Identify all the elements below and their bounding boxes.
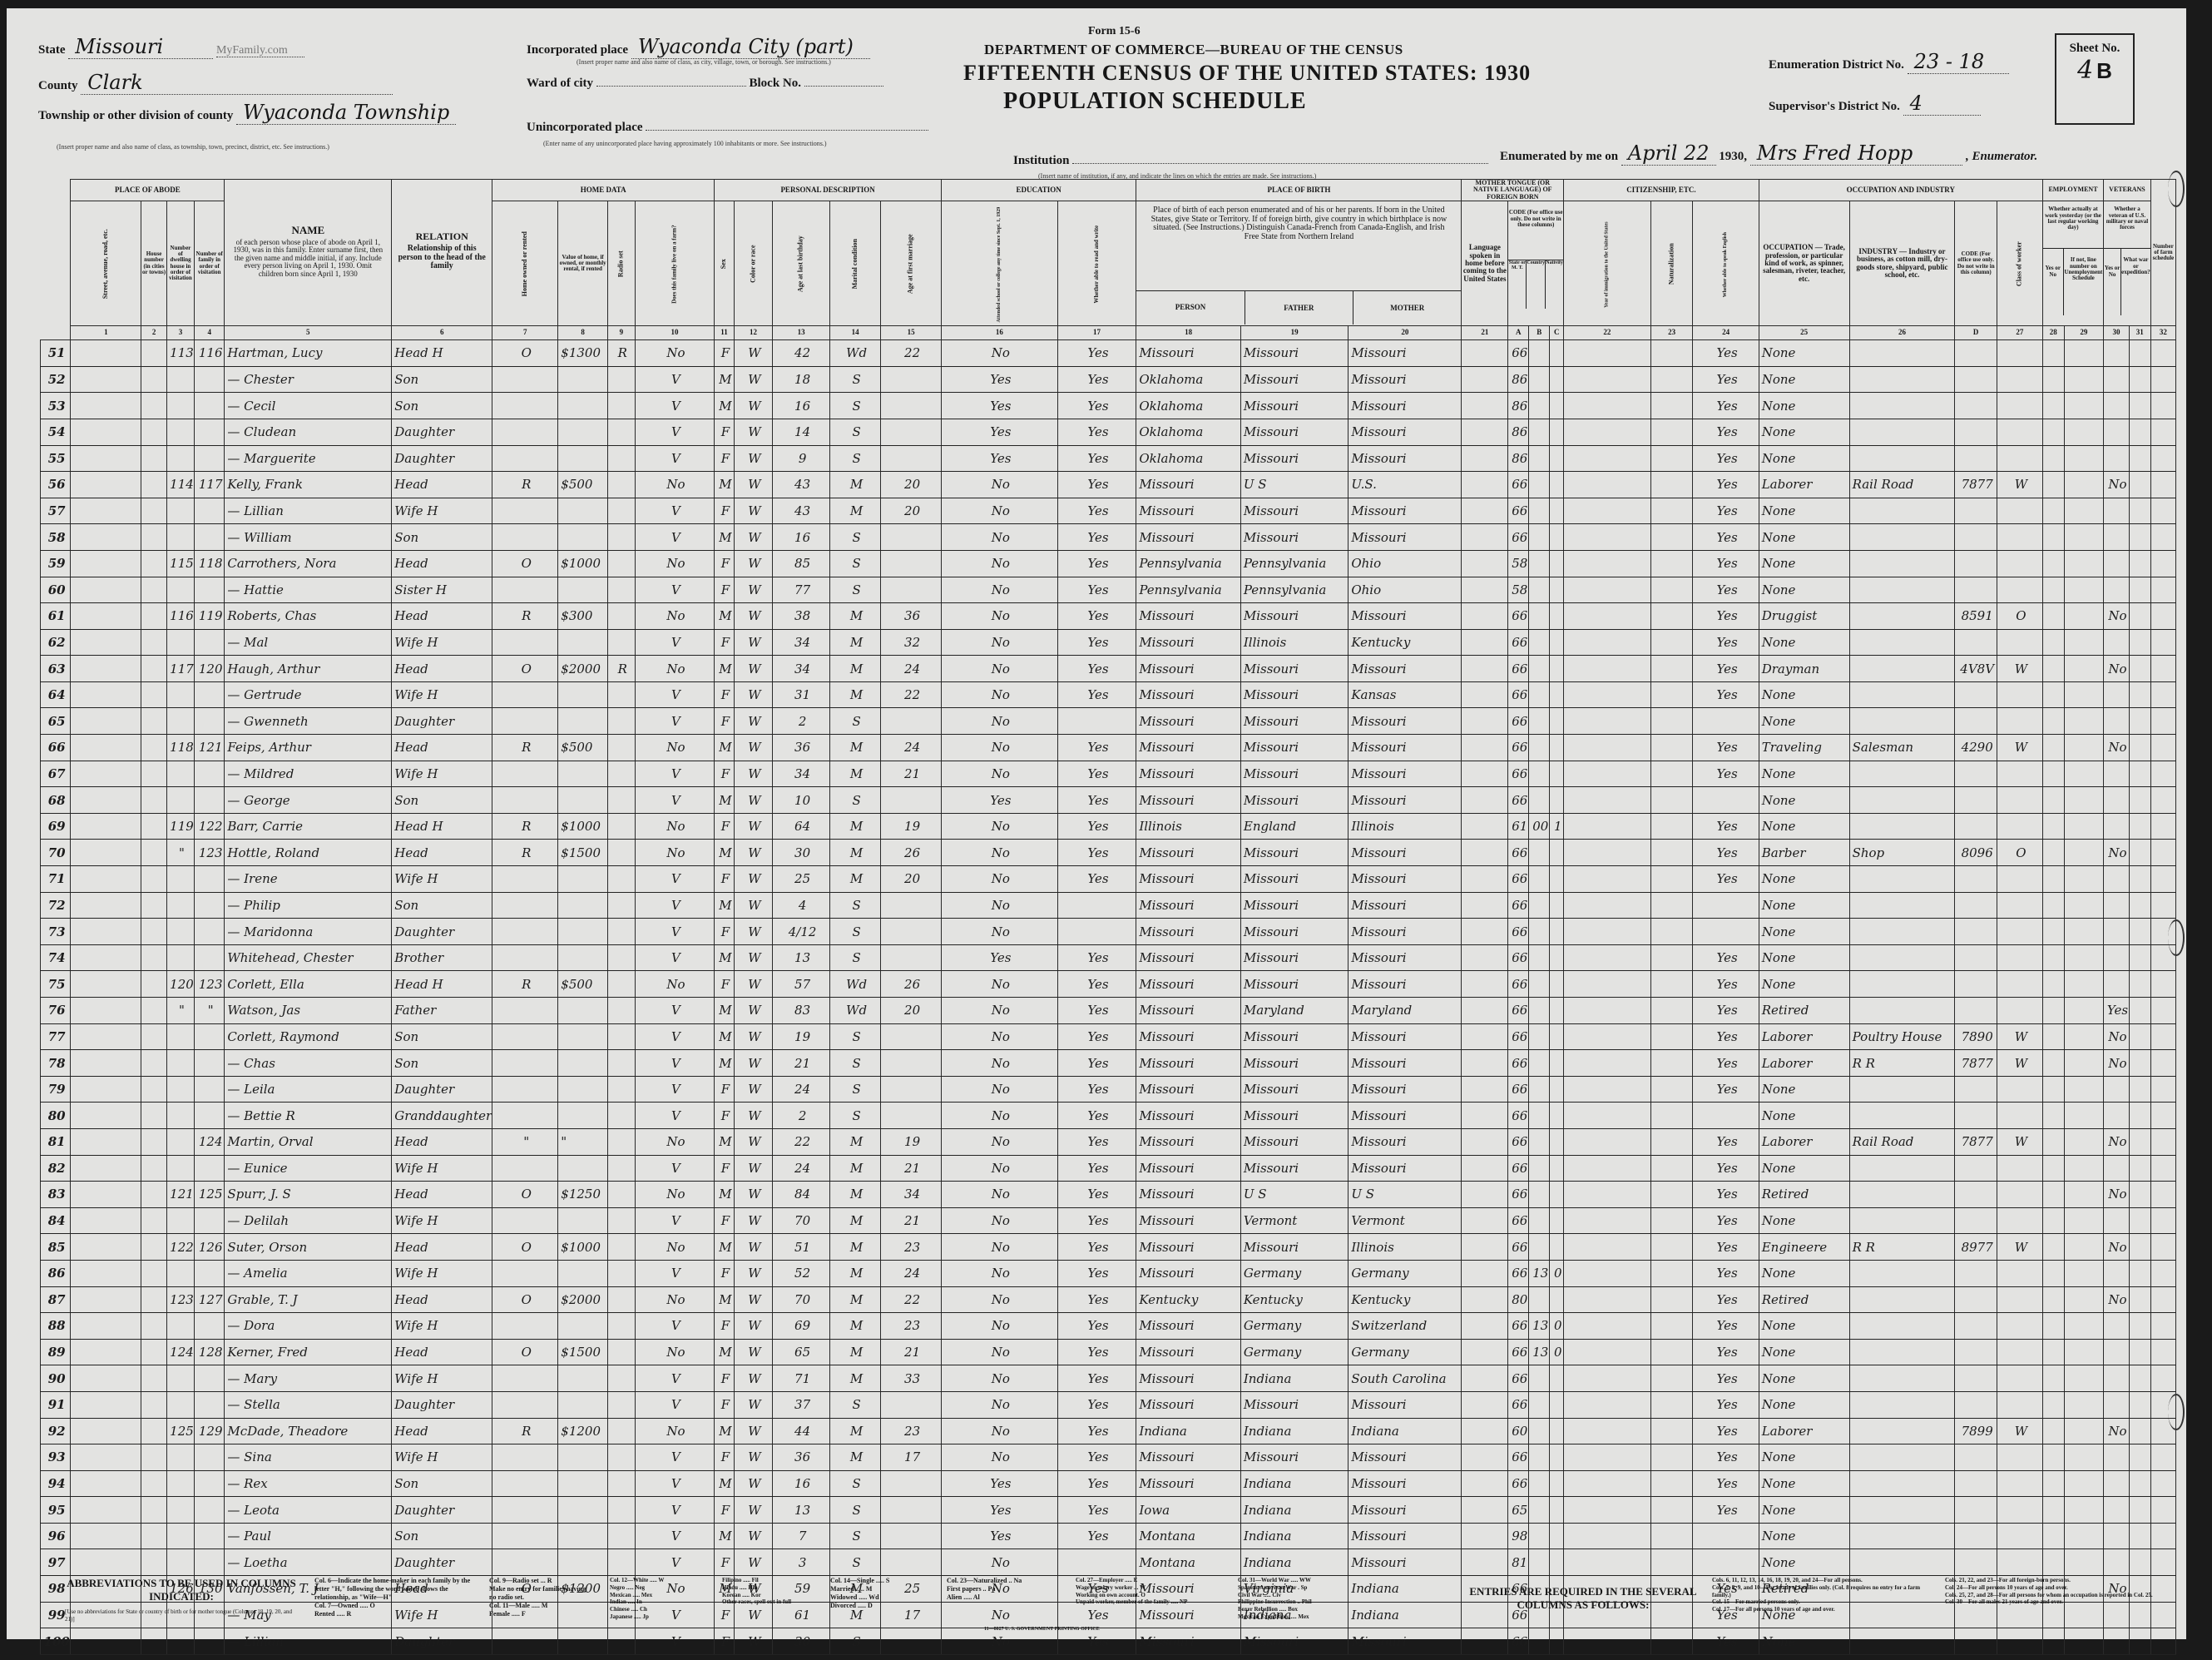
- cell-name: — Mildred: [225, 761, 392, 787]
- cell-imm: [1564, 498, 1651, 524]
- institution-field: Institution: [1013, 154, 1488, 168]
- header-occ-code: CODE (For office use only. Do not write …: [1955, 201, 1997, 326]
- cell-agem: [881, 1023, 942, 1050]
- line-number: 74: [41, 944, 71, 971]
- cell-name: — Cludean: [225, 419, 392, 445]
- header-value: Value of home, if owned, or monthly rent…: [558, 201, 608, 326]
- cell-mar: M: [829, 498, 880, 524]
- cell-dw: 120: [166, 971, 194, 998]
- cell-val: [558, 919, 608, 945]
- cell-name: — Rex: [225, 1470, 392, 1497]
- cell-mbp: Missouri: [1348, 603, 1462, 630]
- cell-fam: [195, 1103, 225, 1129]
- cell-fam: 117: [195, 472, 225, 498]
- cell-mar: S: [829, 787, 880, 814]
- cell-rel: Wife H: [392, 681, 492, 708]
- cell-fbp: Missouri: [1240, 656, 1348, 682]
- cell-agem: [881, 1050, 942, 1077]
- cell-fbp: Vermont: [1240, 1207, 1348, 1234]
- cell-sex: F: [715, 419, 735, 445]
- cell-dw: [166, 1549, 194, 1576]
- cell-sex: F: [715, 1155, 735, 1182]
- cell-ind: [1849, 787, 1955, 814]
- cell-b: [1529, 1023, 1550, 1050]
- cell-a: 66: [1508, 498, 1529, 524]
- cell-age: 70: [773, 1286, 830, 1313]
- cell-street: [71, 419, 141, 445]
- cell-mbp: Missouri: [1348, 971, 1462, 998]
- cell-a: 65: [1508, 1497, 1529, 1524]
- cell-agem: 22: [881, 1286, 942, 1313]
- schedule-title: POPULATION SCHEDULE: [1003, 88, 1307, 115]
- cell-eng: Yes: [1693, 998, 1759, 1024]
- cell-fam: 129: [195, 1418, 225, 1444]
- cell-sch: No: [941, 840, 1057, 866]
- cell-farm: V: [635, 1523, 715, 1549]
- cell-bp: Missouri: [1136, 761, 1241, 787]
- cell-name: Hartman, Lucy: [225, 340, 392, 367]
- cell-age: 64: [773, 813, 830, 840]
- cell-agem: 17: [881, 1444, 942, 1471]
- cell-unemp: [2064, 1023, 2104, 1050]
- cell-b: [1529, 472, 1550, 498]
- cell-c: [1550, 524, 1564, 551]
- cell-lang: [1462, 1182, 1508, 1208]
- cell-street: [71, 1549, 141, 1576]
- incorporated-value: Wyaconda City (part): [631, 35, 870, 59]
- cell-war: [2129, 681, 2150, 708]
- cell-fam: 122: [195, 813, 225, 840]
- cell-val: $500: [558, 735, 608, 761]
- cell-farmsch: [2150, 1103, 2175, 1129]
- cell-mar: M: [829, 1182, 880, 1208]
- cell-farmsch: [2150, 1339, 2175, 1365]
- cell-radio: [607, 919, 635, 945]
- cell-work: [2042, 944, 2064, 971]
- cell-farmsch: [2150, 419, 2175, 445]
- cell-name: — Leota: [225, 1497, 392, 1524]
- cell-vet: [2104, 1497, 2130, 1524]
- cell-fbp: Germany: [1240, 1313, 1348, 1340]
- cell-code: [1955, 971, 1997, 998]
- header-house-number: House number (in cities or towns): [141, 201, 167, 326]
- cell-mbp: Maryland: [1348, 998, 1462, 1024]
- cell-fbp: Indiana: [1240, 1523, 1348, 1549]
- abbrev-col9: Col. 9—Radio set ... R Make no entry for…: [489, 1577, 589, 1618]
- cell-read: Yes: [1057, 1497, 1136, 1524]
- cell-c: [1550, 1207, 1564, 1234]
- column-number: 10: [635, 326, 715, 340]
- column-number: 4: [195, 326, 225, 340]
- cell-dw: [166, 629, 194, 656]
- cell-rel: Daughter: [392, 419, 492, 445]
- cell-radio: [607, 1418, 635, 1444]
- cell-war: [2129, 1365, 2150, 1392]
- cell-age: 10: [773, 787, 830, 814]
- cell-eng: [1693, 1549, 1759, 1576]
- cell-unemp: [2064, 1497, 2104, 1524]
- cell-val: [558, 1549, 608, 1576]
- cell-name: — Irene: [225, 866, 392, 893]
- cell-agem: 32: [881, 629, 942, 656]
- header-dwelling: Number of dwelling house in order of vis…: [166, 201, 194, 326]
- cell-c: [1550, 1391, 1564, 1418]
- cell-ind: [1849, 1365, 1955, 1392]
- cell-farm: V: [635, 708, 715, 735]
- cell-mbp: Missouri: [1348, 944, 1462, 971]
- cell-mar: S: [829, 1391, 880, 1418]
- unincorporated-note: (Enter name of any unincorporated place …: [543, 140, 827, 147]
- footer-abbreviations: ABBREVIATIONS TO BE USED IN COLUMNS INDI…: [40, 1577, 2170, 1635]
- cell-mbp: Ohio: [1348, 577, 1462, 603]
- cell-agem: 20: [881, 472, 942, 498]
- cell-dw: [166, 1023, 194, 1050]
- cell-mar: S: [829, 550, 880, 577]
- cell-read: Yes: [1057, 340, 1136, 367]
- binder-hole: [2168, 1394, 2185, 1430]
- cell-code: [1955, 892, 1997, 919]
- column-number: 30: [2104, 326, 2130, 340]
- header-street: Street, avenue, road, etc.: [71, 201, 141, 326]
- cell-cls: [1997, 681, 2043, 708]
- cell-fbp: Missouri: [1240, 971, 1348, 998]
- cell-read: Yes: [1057, 1260, 1136, 1286]
- cell-imm: [1564, 340, 1651, 367]
- cell-read: Yes: [1057, 681, 1136, 708]
- cell-read: Yes: [1057, 1023, 1136, 1050]
- table-row: 62— MalWife HVFW34M32NoYesMissouriIllino…: [41, 629, 2186, 656]
- cell-c: [1550, 1549, 1564, 1576]
- cell-radio: R: [607, 340, 635, 367]
- cell-rel: Wife H: [392, 1207, 492, 1234]
- cell-dw: [166, 1444, 194, 1471]
- cell-eng: Yes: [1693, 866, 1759, 893]
- cell-eng: Yes: [1693, 1023, 1759, 1050]
- cell-occ: None: [1759, 340, 1849, 367]
- cell-bp: Missouri: [1136, 892, 1241, 919]
- cell-read: Yes: [1057, 1339, 1136, 1365]
- cell-mbp: Missouri: [1348, 761, 1462, 787]
- cell-farm: No: [635, 1339, 715, 1365]
- cell-unemp: [2064, 892, 2104, 919]
- cell-farmsch: [2150, 1207, 2175, 1234]
- cell-sex: F: [715, 1444, 735, 1471]
- cell-b: [1529, 761, 1550, 787]
- cell-code: [1955, 629, 1997, 656]
- line-number: 57: [41, 498, 71, 524]
- cell-age: 65: [773, 1339, 830, 1365]
- cell-mbp: Switzerland: [1348, 1313, 1462, 1340]
- cell-eng: [1693, 1523, 1759, 1549]
- cell-war: [2129, 340, 2150, 367]
- cell-lang: [1462, 656, 1508, 682]
- cell-occ: None: [1759, 419, 1849, 445]
- cell-b: [1529, 1128, 1550, 1155]
- cell-age: 2: [773, 1103, 830, 1129]
- cell-rel: Head: [392, 603, 492, 630]
- cell-house-number: [141, 524, 167, 551]
- cell-bp: Missouri: [1136, 1076, 1241, 1103]
- cell-sex: M: [715, 1523, 735, 1549]
- cell-house-number: [141, 892, 167, 919]
- cell-work: [2042, 919, 2064, 945]
- cell-occ: None: [1759, 944, 1849, 971]
- cell-sch: No: [941, 892, 1057, 919]
- cell-house-number: [141, 708, 167, 735]
- cell-vet: [2104, 787, 2130, 814]
- cell-mar: M: [829, 1339, 880, 1365]
- cell-agem: [881, 708, 942, 735]
- cell-occ: None: [1759, 1313, 1849, 1340]
- header-code: CODE (For office use only. Do not write …: [1508, 201, 1564, 326]
- table-row: 61116119Roberts, ChasHeadR$300NoMW38M36N…: [41, 603, 2186, 630]
- cell-dw: 122: [166, 1234, 194, 1261]
- cell-dw: [166, 1365, 194, 1392]
- cell-fbp: Missouri: [1240, 1050, 1348, 1077]
- cell-own: [492, 892, 558, 919]
- cell-dw: ": [166, 840, 194, 866]
- cell-vet: [2104, 498, 2130, 524]
- cell-sex: F: [715, 445, 735, 472]
- cell-work: [2042, 1207, 2064, 1234]
- cell-mbp: Missouri: [1348, 340, 1462, 367]
- cell-race: W: [734, 1391, 772, 1418]
- cell-a: 66: [1508, 944, 1529, 971]
- cell-farmsch: [2150, 1155, 2175, 1182]
- cell-occ: None: [1759, 708, 1849, 735]
- cell-b: [1529, 919, 1550, 945]
- cell-mar: S: [829, 1523, 880, 1549]
- cell-name: — Chester: [225, 366, 392, 393]
- cell-dw: 123: [166, 1286, 194, 1313]
- cell-rel: Son: [392, 1523, 492, 1549]
- cell-mbp: Missouri: [1348, 708, 1462, 735]
- cell-lang: [1462, 1260, 1508, 1286]
- cell-code: [1955, 1549, 1997, 1576]
- cell-agem: 21: [881, 761, 942, 787]
- cell-war: [2129, 1391, 2150, 1418]
- cell-code: [1955, 1076, 1997, 1103]
- cell-a: 66: [1508, 1234, 1529, 1261]
- cell-mbp: Missouri: [1348, 393, 1462, 419]
- column-number: 24: [1693, 326, 1759, 340]
- cell-street: [71, 998, 141, 1024]
- cell-c: [1550, 735, 1564, 761]
- cell-street: [71, 1313, 141, 1340]
- cell-radio: [607, 1260, 635, 1286]
- cell-mar: Wd: [829, 998, 880, 1024]
- cell-fam: [195, 393, 225, 419]
- table-row: 54— CludeanDaughterVFW14SYesYesOklahomaM…: [41, 419, 2186, 445]
- table-row: 75120123Corlett, EllaHead HR$500NoFW57Wd…: [41, 971, 2186, 998]
- cell-war: [2129, 1523, 2150, 1549]
- cell-code: [1955, 1207, 1997, 1234]
- cell-work: [2042, 813, 2064, 840]
- cell-bp: Indiana: [1136, 1418, 1241, 1444]
- cell-unemp: [2064, 735, 2104, 761]
- line-number: 66: [41, 735, 71, 761]
- cell-a: 66: [1508, 340, 1529, 367]
- cell-war: [2129, 393, 2150, 419]
- cell-sch: No: [941, 919, 1057, 945]
- cell-a: 66: [1508, 603, 1529, 630]
- cell-nat: [1650, 1523, 1693, 1549]
- table-row: 58— WilliamSonVMW16SNoYesMissouriMissour…: [41, 524, 2186, 551]
- cell-bp: Missouri: [1136, 1050, 1241, 1077]
- cell-ind: R R: [1849, 1234, 1955, 1261]
- cell-war: [2129, 1182, 2150, 1208]
- cell-b: [1529, 1391, 1550, 1418]
- cell-b: [1529, 787, 1550, 814]
- cell-imm: [1564, 681, 1651, 708]
- cell-ind: [1849, 1523, 1955, 1549]
- cell-house-number: [141, 1497, 167, 1524]
- cell-farm: V: [635, 577, 715, 603]
- cell-sch: No: [941, 1339, 1057, 1365]
- unincorporated-field: Unincorporated place: [527, 121, 928, 135]
- cell-farmsch: [2150, 892, 2175, 919]
- cell-c: [1550, 1365, 1564, 1392]
- cell-imm: [1564, 1207, 1651, 1234]
- cell-a: 66: [1508, 761, 1529, 787]
- cell-radio: [607, 1234, 635, 1261]
- cell-sch: No: [941, 1103, 1057, 1129]
- cell-b: [1529, 1497, 1550, 1524]
- cell-race: W: [734, 1023, 772, 1050]
- cell-farm: V: [635, 1076, 715, 1103]
- cell-agem: [881, 1076, 942, 1103]
- cell-c: [1550, 944, 1564, 971]
- cell-mbp: South Carolina: [1348, 1365, 1462, 1392]
- table-row: 67— MildredWife HVFW34M21NoYesMissouriMi…: [41, 761, 2186, 787]
- cell-age: 14: [773, 419, 830, 445]
- cell-race: W: [734, 944, 772, 971]
- cell-street: [71, 1339, 141, 1365]
- cell-c: [1550, 472, 1564, 498]
- cell-code: [1955, 366, 1997, 393]
- cell-unemp: [2064, 1365, 2104, 1392]
- cell-radio: [607, 971, 635, 998]
- cell-rel: Wife H: [392, 866, 492, 893]
- cell-bp: Oklahoma: [1136, 419, 1241, 445]
- cell-eng: Yes: [1693, 1365, 1759, 1392]
- cell-a: 86: [1508, 366, 1529, 393]
- cell-dw: [166, 681, 194, 708]
- cell-war: [2129, 472, 2150, 498]
- cell-mar: S: [829, 1103, 880, 1129]
- cell-b: [1529, 1182, 1550, 1208]
- table-row: 70"123Hottle, RolandHeadR$1500NoMW30M26N…: [41, 840, 2186, 866]
- group-home-data: HOME DATA: [492, 180, 715, 201]
- header-occupation: OCCUPATION — Trade, profession, or parti…: [1759, 201, 1849, 326]
- cell-rel: Head: [392, 1182, 492, 1208]
- cell-own: R: [492, 472, 558, 498]
- cell-mar: S: [829, 708, 880, 735]
- cell-farmsch: [2150, 472, 2175, 498]
- cell-code: [1955, 1523, 1997, 1549]
- cell-name: — Leila: [225, 1076, 392, 1103]
- cell-cls: W: [1997, 1050, 2043, 1077]
- cell-bp: Missouri: [1136, 1470, 1241, 1497]
- county-value: Clark: [81, 71, 392, 95]
- cell-dw: [166, 708, 194, 735]
- cell-imm: [1564, 603, 1651, 630]
- cell-radio: [607, 1023, 635, 1050]
- cell-mar: S: [829, 944, 880, 971]
- cell-fbp: Missouri: [1240, 1128, 1348, 1155]
- cell-work: [2042, 577, 2064, 603]
- cell-age: 69: [773, 1313, 830, 1340]
- cell-code: [1955, 944, 1997, 971]
- cell-mar: M: [829, 813, 880, 840]
- cell-cls: W: [1997, 656, 2043, 682]
- cell-race: W: [734, 498, 772, 524]
- cell-ind: [1849, 524, 1955, 551]
- cell-sch: No: [941, 998, 1057, 1024]
- header-naturalization: Naturalization: [1650, 201, 1693, 326]
- cell-eng: Yes: [1693, 1497, 1759, 1524]
- line-number: 79: [41, 1076, 71, 1103]
- cell-farmsch: [2150, 840, 2175, 866]
- cell-eng: Yes: [1693, 1391, 1759, 1418]
- cell-cls: [1997, 445, 2043, 472]
- cell-sch: Yes: [941, 944, 1057, 971]
- table-row: 73— MaridonnaDaughterVFW4/12SNoMissouriM…: [41, 919, 2186, 945]
- cell-house-number: [141, 735, 167, 761]
- cell-war: [2129, 366, 2150, 393]
- cell-read: Yes: [1057, 550, 1136, 577]
- cell-ind: [1849, 1339, 1955, 1365]
- cell-vet: [2104, 813, 2130, 840]
- cell-fam: [195, 919, 225, 945]
- group-place-of-abode: PLACE OF ABODE: [71, 180, 225, 201]
- column-number: 23: [1650, 326, 1693, 340]
- cell-val: [558, 1313, 608, 1340]
- cell-b: 13: [1529, 1260, 1550, 1286]
- cell-occ: None: [1759, 1444, 1849, 1471]
- cell-race: W: [734, 1549, 772, 1576]
- group-citizenship: CITIZENSHIP, ETC.: [1564, 180, 1759, 201]
- cell-eng: Yes: [1693, 366, 1759, 393]
- cell-mbp: Missouri: [1348, 445, 1462, 472]
- cell-cls: [1997, 971, 2043, 998]
- watermark: MyFamily.com: [216, 44, 304, 57]
- group-veterans: VETERANS: [2104, 180, 2151, 201]
- cell-unemp: [2064, 813, 2104, 840]
- cell-age: 3: [773, 1549, 830, 1576]
- cell-fbp: Missouri: [1240, 944, 1348, 971]
- enumerated-field: Enumerated by me on April 22 1930, Mrs F…: [1500, 141, 2037, 165]
- cell-fam: 123: [195, 840, 225, 866]
- cell-vet: [2104, 550, 2130, 577]
- cell-read: [1057, 708, 1136, 735]
- cell-cls: W: [1997, 472, 2043, 498]
- cell-street: [71, 1155, 141, 1182]
- cell-bp: Missouri: [1136, 1313, 1241, 1340]
- cell-war: [2129, 1313, 2150, 1340]
- cell-dw: 117: [166, 656, 194, 682]
- cell-work: [2042, 445, 2064, 472]
- cell-nat: [1650, 340, 1693, 367]
- cell-fam: [195, 1050, 225, 1077]
- cell-lang: [1462, 498, 1508, 524]
- binder-hole: [2168, 919, 2185, 956]
- cell-code: [1955, 1313, 1997, 1340]
- cell-mbp: Missouri: [1348, 1497, 1462, 1524]
- cell-name: Feips, Arthur: [225, 735, 392, 761]
- table-row: 78— ChasSonVMW21SNoYesMissouriMissouriMi…: [41, 1050, 2186, 1077]
- table-row: 52— ChesterSonVMW18SYesYesOklahomaMissou…: [41, 366, 2186, 393]
